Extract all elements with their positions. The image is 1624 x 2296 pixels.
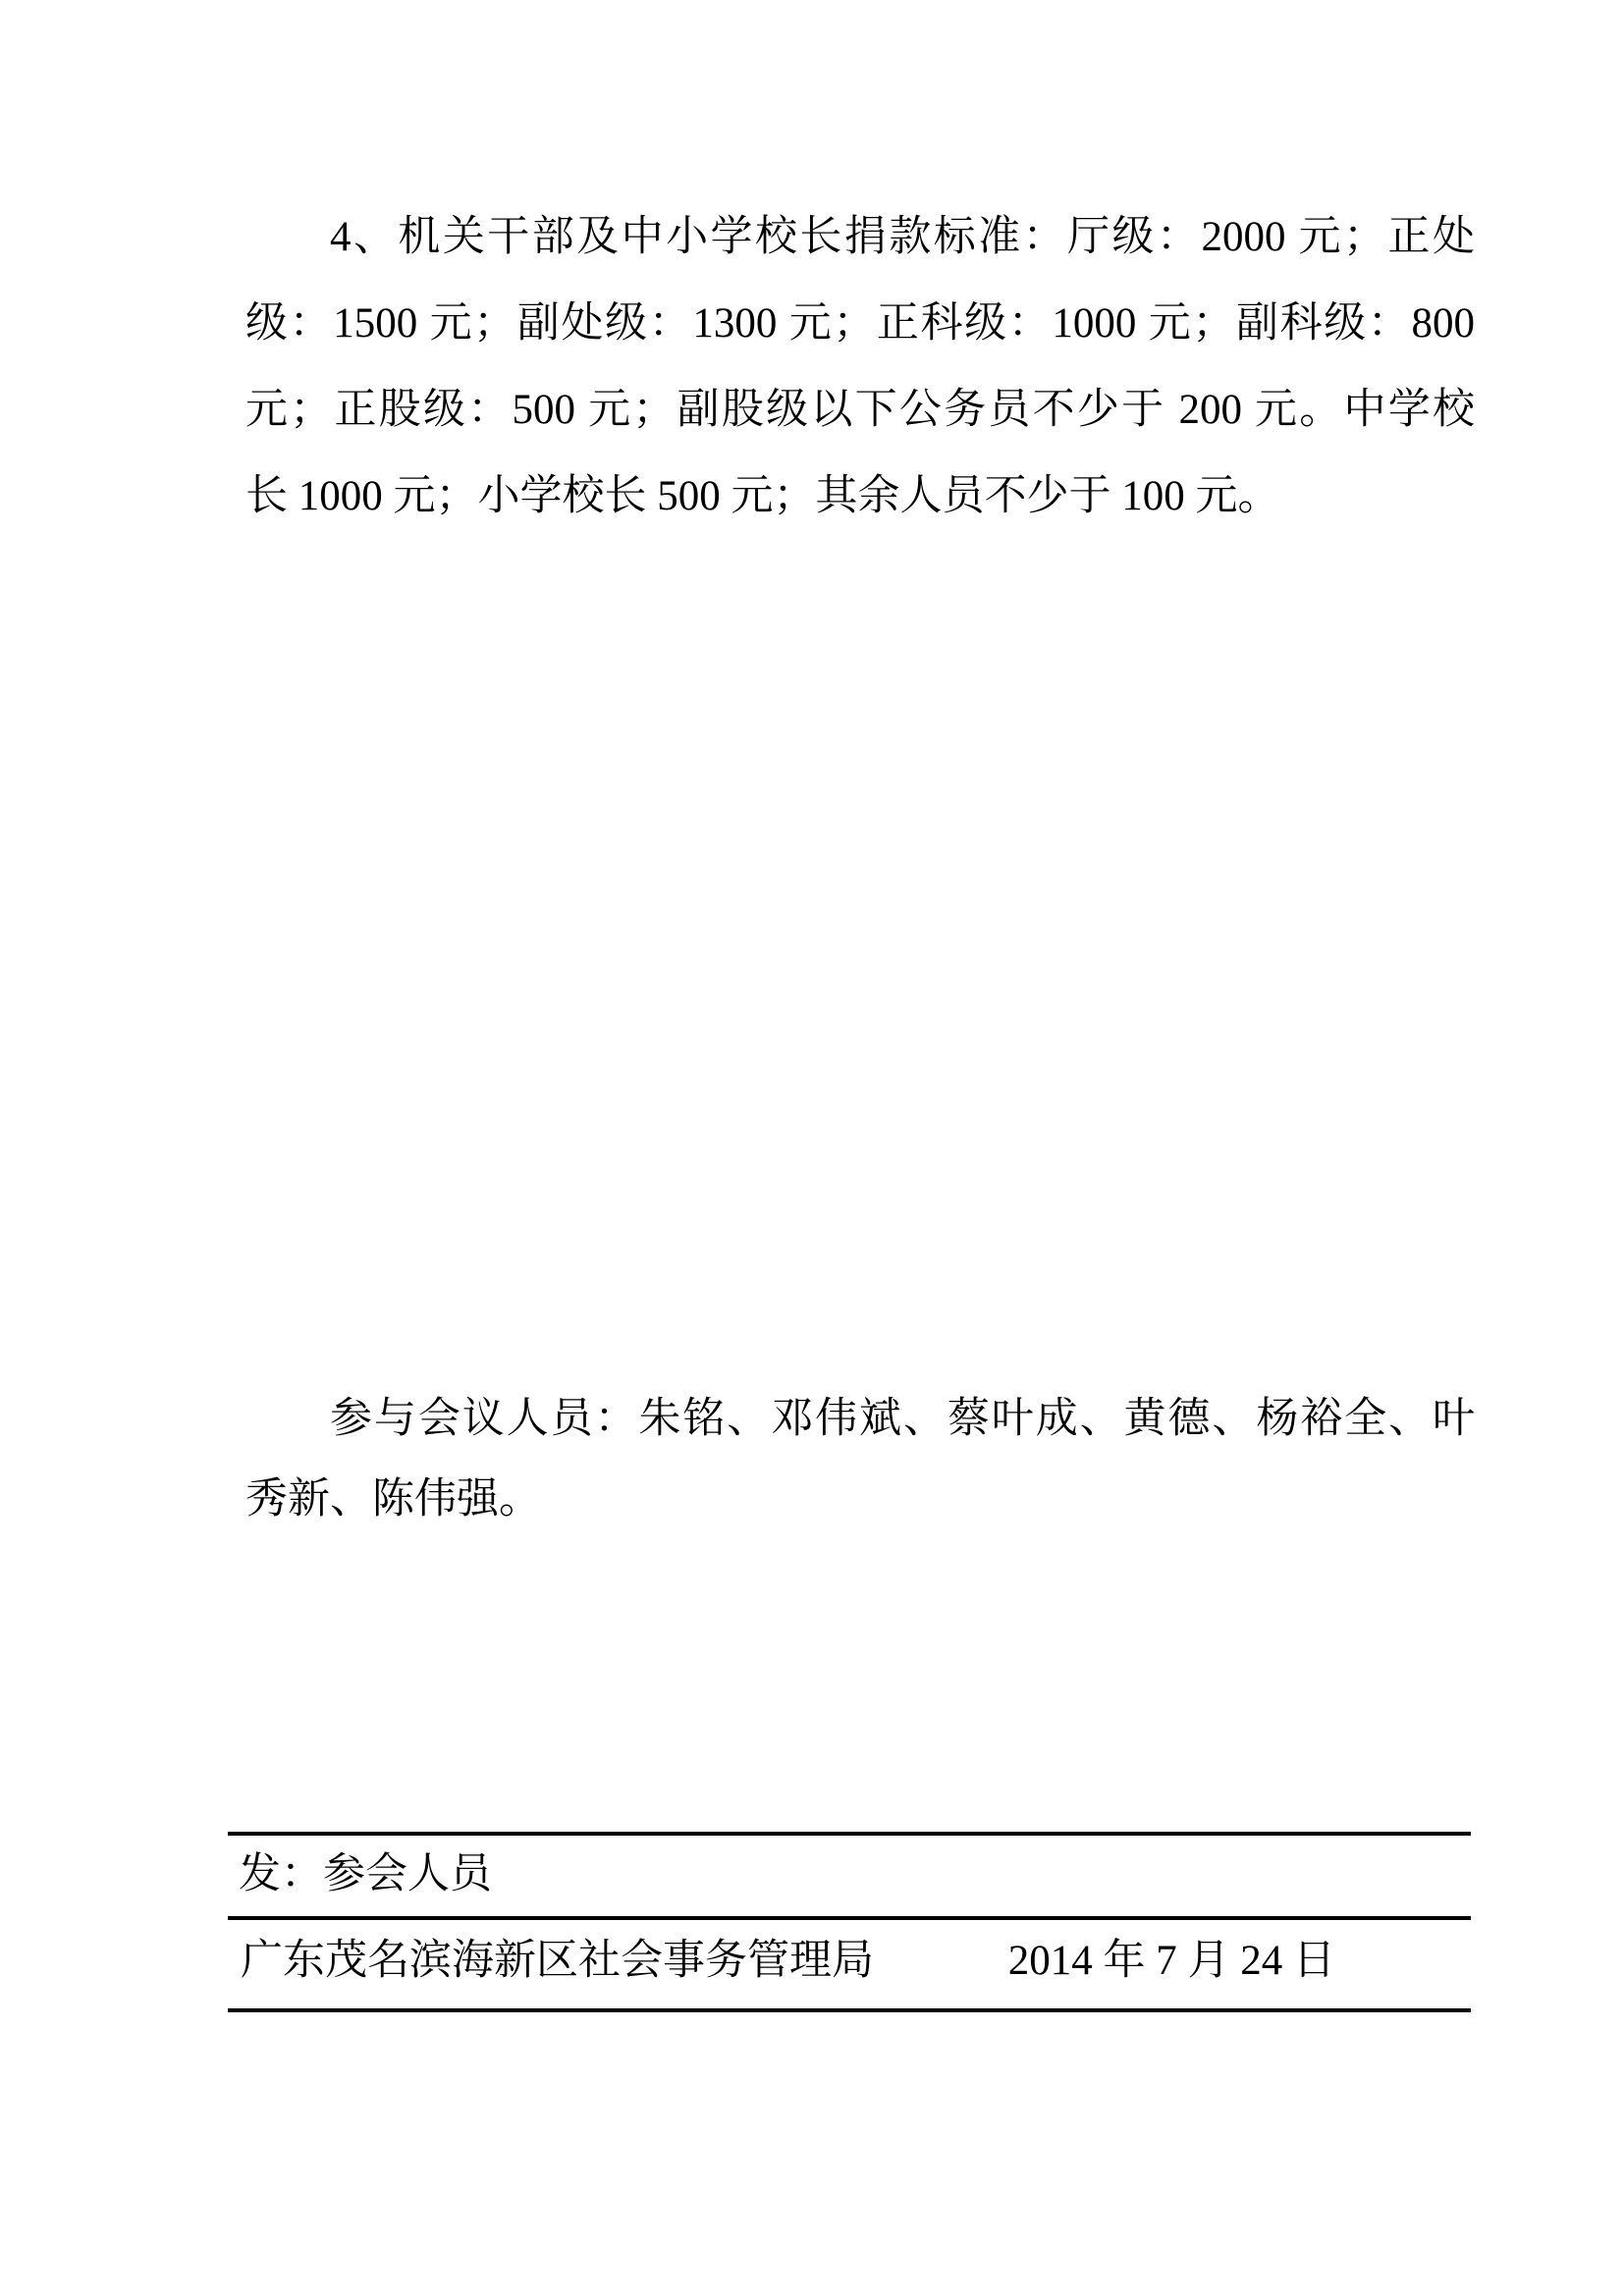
participants-line-1: 参与会议人员：朱铭、邓伟斌、蔡叶成、黄德、杨裕全、叶: [245, 1379, 1475, 1460]
paragraph-participants: 参与会议人员：朱铭、邓伟斌、蔡叶成、黄德、杨裕全、叶 秀新、陈伟强。: [245, 1379, 1475, 1540]
donation-line-4: 长 1000 元；小学校长 500 元；其余人员不少于 100 元。: [245, 454, 1475, 540]
divider-bottom: [228, 2008, 1471, 2012]
donation-line-3: 元；正股级：500 元；副股级以下公务员不少于 200 元。中学校: [245, 367, 1475, 454]
donation-line-2: 级：1500 元；副处级：1300 元；正科级：1000 元；副科级：800: [245, 281, 1475, 367]
participants-line-2: 秀新、陈伟强。: [245, 1460, 1475, 1540]
signature-row: 广东茂名滨海新区社会事务管理局 2014 年 7 月 24 日: [241, 1936, 1335, 1987]
document-date: 2014 年 7 月 24 日: [1008, 1936, 1335, 1987]
divider-top: [228, 1832, 1471, 1836]
donation-line-1: 4、机关干部及中小学校长捐款标准：厅级：2000 元；正处: [245, 194, 1475, 281]
divider-middle: [228, 1916, 1471, 1920]
document-page: 4、机关干部及中小学校长捐款标准：厅级：2000 元；正处 级：1500 元；副…: [0, 0, 1624, 2296]
agency-name: 广东茂名滨海新区社会事务管理局: [241, 1936, 874, 1987]
paragraph-donation-standards: 4、机关干部及中小学校长捐款标准：厅级：2000 元；正处 级：1500 元；副…: [245, 194, 1475, 540]
distribution-line: 发：参会人员: [239, 1849, 492, 1900]
